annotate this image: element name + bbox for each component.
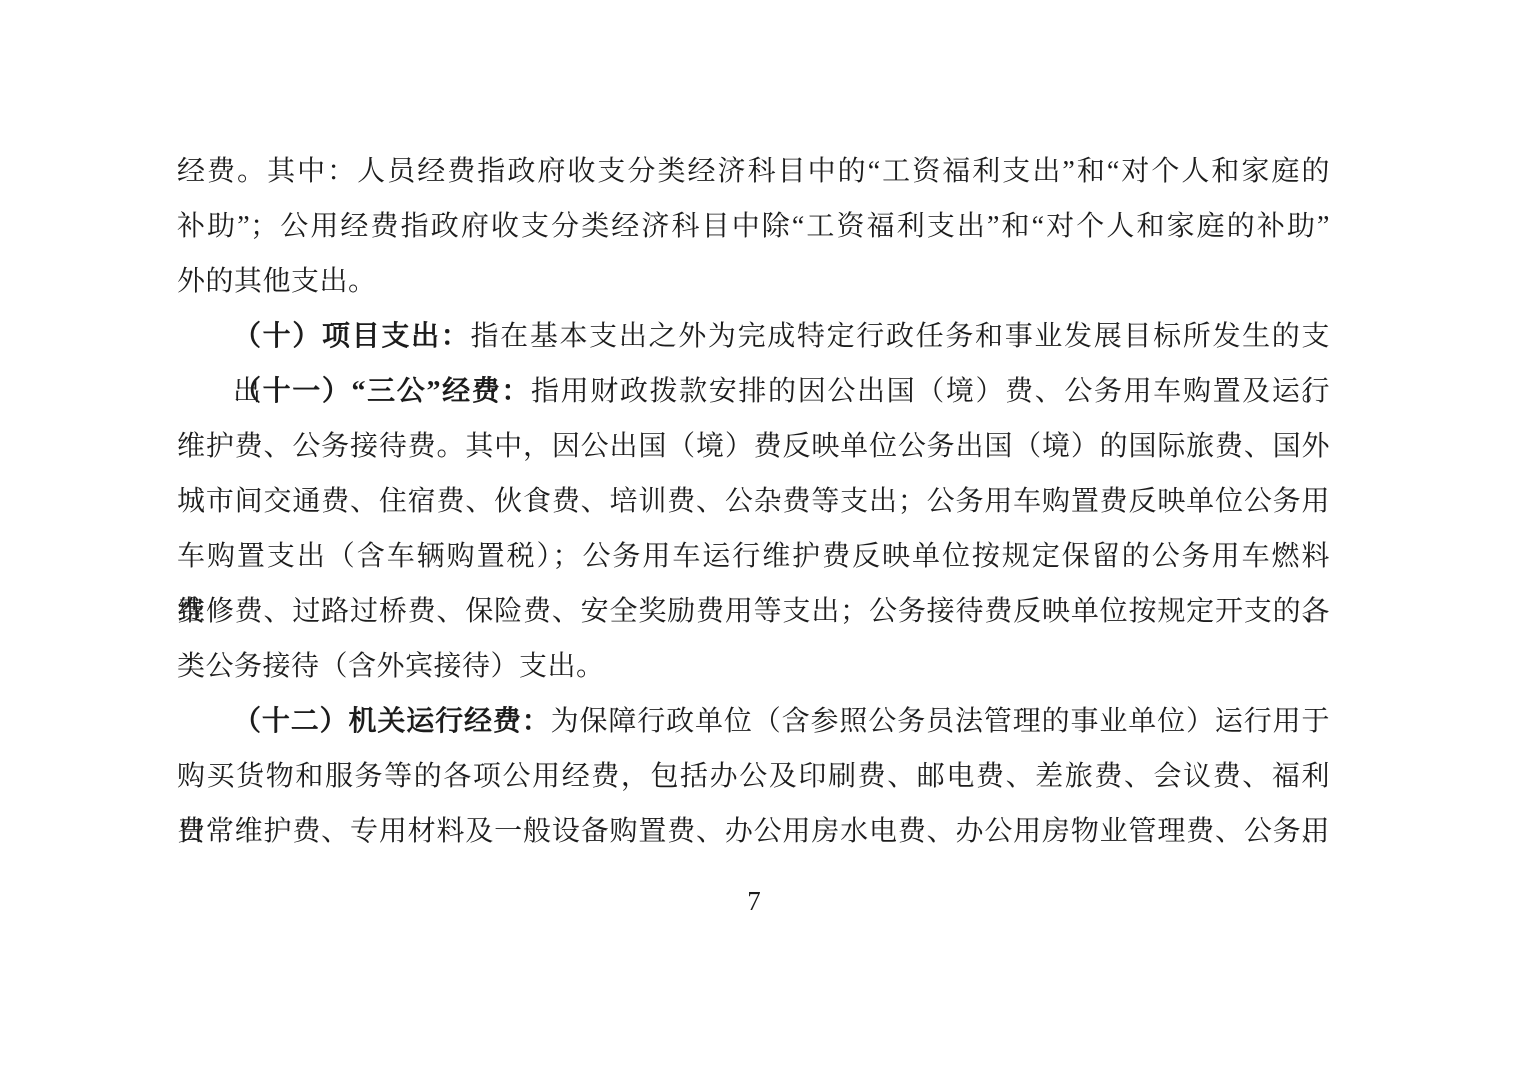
text-segment: 维护费、公务接待费。其中，因公出国（境）费反映单位公务出国（境）的国际旅费、国外 (177, 431, 1330, 462)
text-line: 维修费、过路过桥费、保险费、安全奖励费用等支出；公务接待费反映单位按规定开支的各 (177, 584, 1330, 639)
text-line: （十一）“三公”经费：指用财政拨款安排的因公出国（境）费、公务用车购置及运行 (177, 364, 1330, 419)
text-line: （十）项目支出：指在基本支出之外为完成特定行政任务和事业发展目标所发生的支出。 (177, 309, 1330, 364)
text-segment: 类公务接待（含外宾接待）支出。 (177, 651, 605, 682)
text-segment: 维修费、过路过桥费、保险费、安全奖励费用等支出；公务接待费反映单位按规定开支的各 (177, 596, 1330, 627)
text-segment: 日常维护费、专用材料及一般设备购置费、办公用房水电费、办公用房物业管理费、公务用 (177, 816, 1330, 847)
bold-segment: （十一）“三公”经费： (233, 376, 531, 407)
body-text: 经费。其中：人员经费指政府收支分类经济科目中的“工资福利支出”和“对个人和家庭的… (177, 144, 1330, 859)
text-segment: 外的其他支出。 (177, 266, 377, 297)
text-segment: 城市间交通费、住宿费、伙食费、培训费、公杂费等支出；公务用车购置费反映单位公务用 (177, 486, 1330, 517)
text-line: 类公务接待（含外宾接待）支出。 (177, 639, 1330, 694)
page-number: 7 (0, 884, 1508, 918)
text-segment: 指用财政拨款安排的因公出国（境）费、公务用车购置及运行 (531, 376, 1330, 407)
bold-segment: （十二）机关运行经费： (233, 706, 551, 737)
text-line: 补助”；公用经费指政府收支分类经济科目中除“工资福利支出”和“对个人和家庭的补助… (177, 199, 1330, 254)
text-segment: 经费。其中：人员经费指政府收支分类经济科目中的“工资福利支出”和“对个人和家庭的 (177, 156, 1330, 187)
text-line: （十二）机关运行经费：为保障行政单位（含参照公务员法管理的事业单位）运行用于 (177, 694, 1330, 749)
document-page: 经费。其中：人员经费指政府收支分类经济科目中的“工资福利支出”和“对个人和家庭的… (0, 0, 1520, 1074)
text-line: 维护费、公务接待费。其中，因公出国（境）费反映单位公务出国（境）的国际旅费、国外 (177, 419, 1330, 474)
text-line: 购买货物和服务等的各项公用经费，包括办公及印刷费、邮电费、差旅费、会议费、福利费… (177, 749, 1330, 804)
text-segment: 为保障行政单位（含参照公务员法管理的事业单位）运行用于 (551, 706, 1330, 737)
text-line: 城市间交通费、住宿费、伙食费、培训费、公杂费等支出；公务用车购置费反映单位公务用 (177, 474, 1330, 529)
text-segment: 补助”；公用经费指政府收支分类经济科目中除“工资福利支出”和“对个人和家庭的补助… (177, 211, 1330, 242)
text-line: 日常维护费、专用材料及一般设备购置费、办公用房水电费、办公用房物业管理费、公务用 (177, 804, 1330, 859)
text-line: 车购置支出（含车辆购置税）；公务用车运行维护费反映单位按规定保留的公务用车燃料费… (177, 529, 1330, 584)
bold-segment: （十）项目支出： (233, 321, 470, 352)
text-line: 外的其他支出。 (177, 254, 1330, 309)
text-line: 经费。其中：人员经费指政府收支分类经济科目中的“工资福利支出”和“对个人和家庭的 (177, 144, 1330, 199)
